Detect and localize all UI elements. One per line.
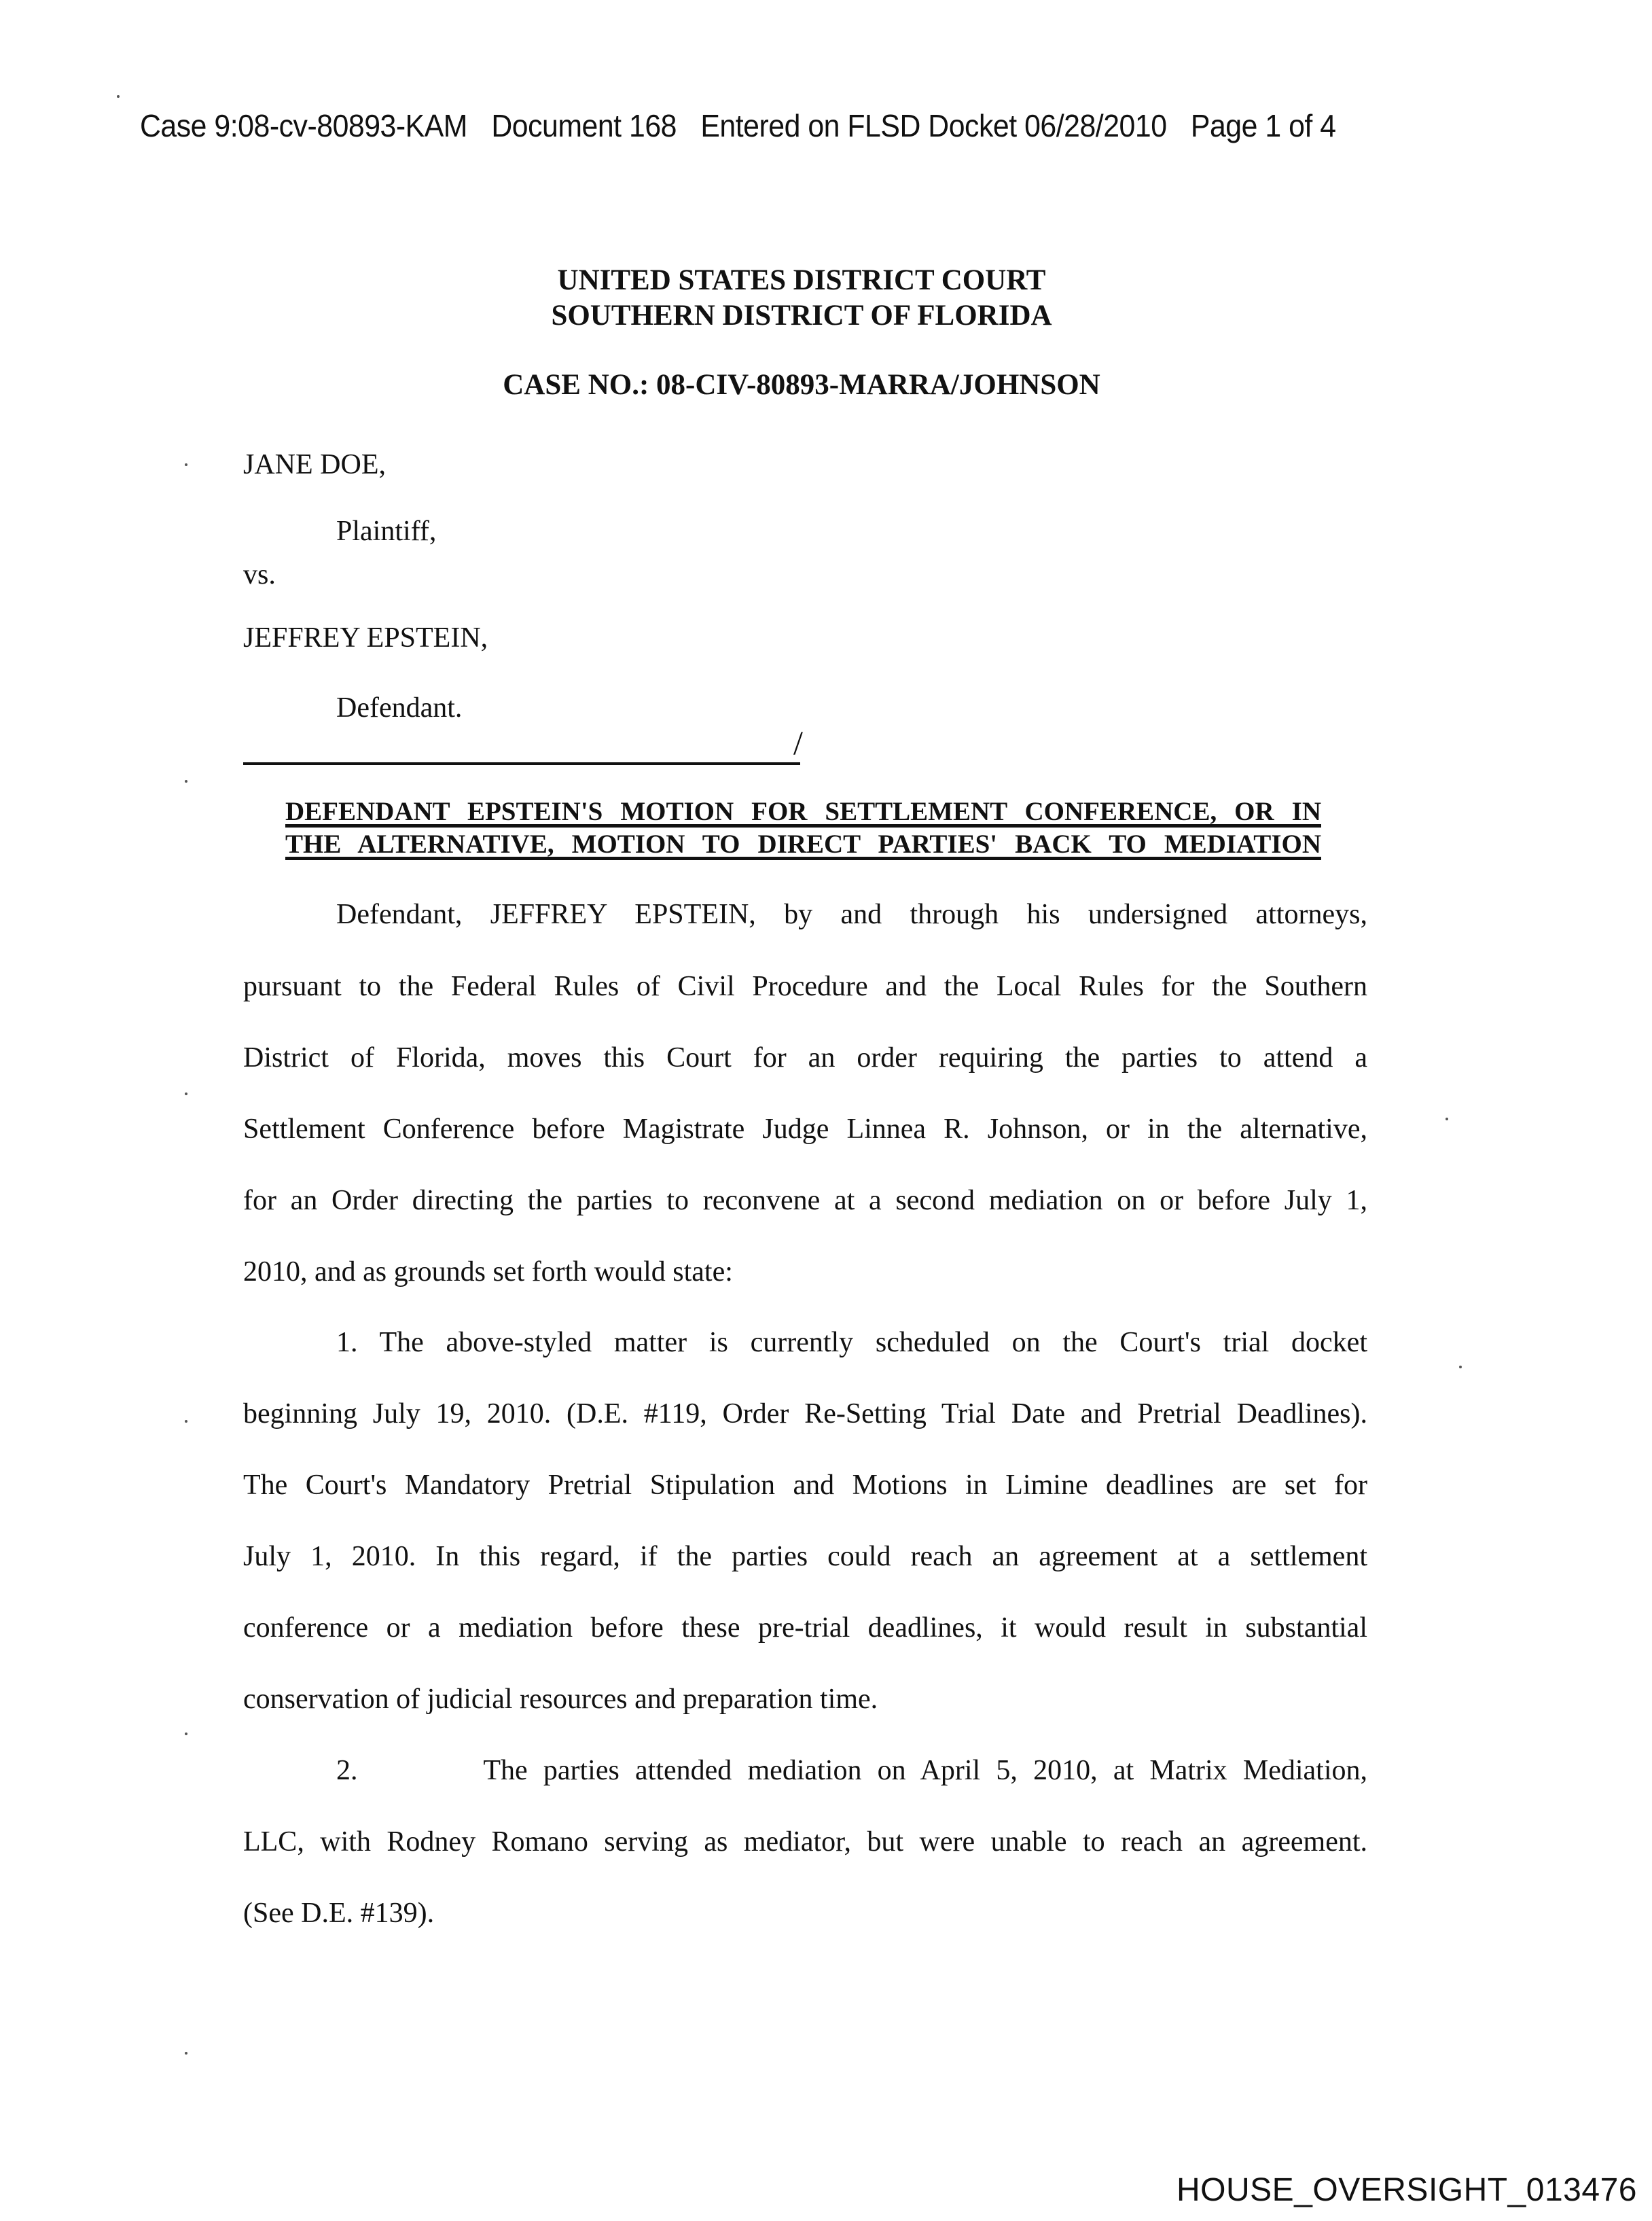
scan-speck [1445, 1118, 1448, 1120]
paragraph-1-line: conservation of judicial resources and p… [243, 1683, 1367, 1716]
docket-entry-date: Entered on FLSD Docket 06/28/2010 [700, 108, 1166, 143]
intro-line: pursuant to the Federal Rules of Civil P… [243, 970, 1367, 1003]
court-district: SOUTHERN DISTRICT OF FLORIDA [0, 299, 1603, 332]
paragraph-2-line: (See D.E. #139). [243, 1897, 1367, 1930]
motion-title-line-1: DEFENDANT EPSTEIN'S MOTION FOR SETTLEMEN… [285, 796, 1321, 827]
paragraph-1-line: beginning July 19, 2010. (D.E. #119, Ord… [243, 1398, 1367, 1430]
paragraph-2-line: 2. The parties attended mediation on Apr… [336, 1754, 1367, 1787]
scan-speck [185, 780, 187, 783]
intro-line: Defendant, JEFFREY EPSTEIN, by and throu… [336, 898, 1367, 931]
caption-divider [243, 762, 800, 765]
scan-speck [185, 1092, 187, 1095]
paragraph-2-line: LLC, with Rodney Romano serving as media… [243, 1826, 1367, 1858]
plaintiff-name: JANE DOE, [243, 448, 386, 481]
scan-speck [1459, 1366, 1462, 1368]
paragraph-1-line: July 1, 2010. In this regard, if the par… [243, 1540, 1367, 1573]
intro-line: Settlement Conference before Magistrate … [243, 1113, 1367, 1145]
caption-slash: / [793, 723, 803, 762]
defendant-name: JEFFREY EPSTEIN, [243, 622, 488, 654]
paragraph-1-line: 1. The above-styled matter is currently … [336, 1326, 1367, 1359]
intro-line: for an Order directing the parties to re… [243, 1184, 1367, 1217]
scan-speck [185, 463, 187, 466]
case-number-heading: CASE NO.: 08-CIV-80893-MARRA/JOHNSON [0, 368, 1603, 402]
scan-speck [117, 95, 120, 98]
court-name: UNITED STATES DISTRICT COURT [0, 264, 1603, 297]
motion-title-line-2: THE ALTERNATIVE, MOTION TO DIRECT PARTIE… [285, 829, 1321, 859]
filing-header: Case 9:08-cv-80893-KAMDocument 168Entere… [140, 107, 1360, 144]
page-indicator: Page 1 of 4 [1191, 108, 1336, 143]
scan-speck [185, 1420, 187, 1423]
scan-speck [185, 2052, 187, 2055]
plaintiff-label: Plaintiff, [336, 515, 436, 548]
document-number: Document 168 [491, 108, 677, 143]
paragraph-1-line: conference or a mediation before these p… [243, 1612, 1367, 1644]
intro-line: District of Florida, moves this Court fo… [243, 1042, 1367, 1074]
scan-speck [185, 1733, 187, 1735]
versus-label: vs. [243, 558, 276, 591]
paragraph-1-line: The Court's Mandatory Pretrial Stipulati… [243, 1469, 1367, 1502]
bates-number: HOUSE_OVERSIGHT_013476 [1177, 2171, 1637, 2209]
defendant-label: Defendant. [336, 692, 462, 724]
case-number: Case 9:08-cv-80893-KAM [140, 108, 467, 143]
intro-line: 2010, and as grounds set forth would sta… [243, 1256, 1367, 1288]
